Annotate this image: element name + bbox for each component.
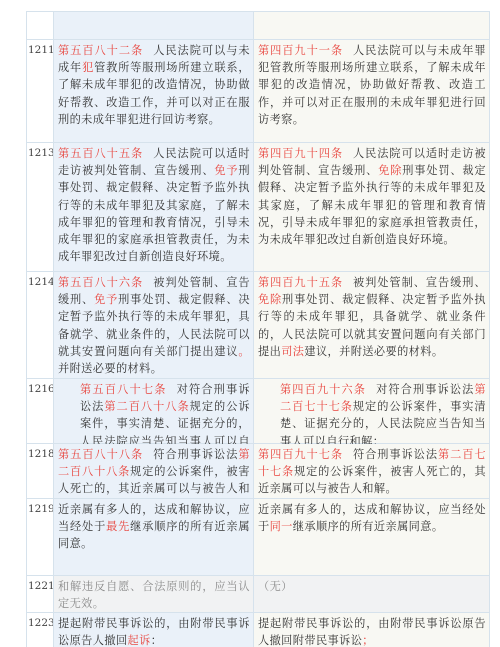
- diff-highlight: 最先: [106, 520, 130, 533]
- table-row: 1221 和解违反自愿、合法原则的，应当认定无效。 （无）: [27, 575, 489, 612]
- new-text-cell: [253, 12, 489, 39]
- text-segment: 对符合刑事诉讼法: [376, 383, 474, 396]
- row-number: 1213: [27, 143, 53, 271]
- table-row: 1223 提起附带民事诉讼的，由附带民事诉讼原告人撤回起诉： 提起附带民事诉讼的…: [27, 612, 489, 647]
- diff-highlight: 第五百八十七条: [80, 383, 167, 396]
- new-text-cell: （无）: [253, 576, 489, 612]
- old-text-cell: 和解违反自愿、合法原则的，应当认定无效。: [53, 576, 253, 612]
- diff-highlight: 起诉: [128, 634, 151, 647]
- old-text-cell: 第五百八十二条人民法院可以与未成年犯管教所等服刑场所建立联系，了解未成年罪犯的改…: [53, 40, 253, 142]
- old-text-cell: 第五百八十七条对符合刑事诉讼法第二百八十八条规定的公诉案件，事实清楚、证据充分的…: [53, 379, 253, 443]
- new-text-cell: 第四百九十六条对符合刑事诉讼法第二百七十七条规定的公诉案件，事实清楚、证据充分的…: [253, 379, 489, 443]
- diff-highlight: 司法: [281, 345, 304, 358]
- text-segment: 并附送必要的材料。: [58, 362, 162, 375]
- diff-highlight: 第四百九十四条: [258, 147, 343, 160]
- old-text-cell: 提起附带民事诉讼的，由附带民事诉讼原告人撤回起诉：: [53, 613, 253, 647]
- row-number: [27, 12, 53, 39]
- header-row: [27, 11, 489, 39]
- diff-highlight: 第五百八十五条: [58, 147, 143, 160]
- text-segment: 符合刑事诉讼法: [153, 448, 238, 461]
- diff-highlight: 第五百八十八条: [58, 448, 143, 461]
- text-segment: 被判处管制、宣告缓刑、: [353, 276, 486, 289]
- table-row: 1214 第五百八十六条被判处管制、宣告缓刑、免予刑事处罚、裁定假释、决定暂予监…: [27, 271, 489, 378]
- diff-highlight: 第四百九十五条: [258, 276, 343, 289]
- diff-highlight: 同一: [270, 520, 293, 533]
- diff-highlight: 免予: [214, 164, 238, 177]
- row-number: 1223: [27, 613, 53, 647]
- text-segment: （无）: [258, 580, 293, 593]
- table-row: 1211 第五百八十二条人民法院可以与未成年犯管教所等服刑场所建立联系，了解未成…: [27, 39, 489, 142]
- diff-highlight: 第五百八十二条: [58, 44, 143, 57]
- comparison-table: 1211 第五百八十二条人民法院可以与未成年犯管教所等服刑场所建立联系，了解未成…: [26, 11, 490, 647]
- diff-highlight: 第四百九十六条: [280, 383, 366, 396]
- text-segment: 刑事处罚、裁定假释、决定暂予监外执行等的未成年罪犯及其家庭，了解未成年罪犯的管理…: [58, 164, 250, 263]
- diff-highlight: 免除: [378, 164, 402, 177]
- old-text-cell: [53, 12, 253, 39]
- diff-highlight: 。: [238, 345, 250, 358]
- diff-highlight: 免除: [258, 293, 282, 306]
- row-number: 1218: [27, 444, 53, 498]
- text-segment: 继承顺序的所有近亲属同意。: [293, 520, 444, 533]
- diff-highlight: 免予: [94, 293, 118, 306]
- text-segment: 和解违反自愿、合法原则的，应当认定无效。: [58, 580, 250, 610]
- new-text-cell: 近亲属有多人的，达成和解协议，应当经处于同一继承顺序的所有近亲属同意。: [253, 499, 489, 575]
- new-text-cell: 第四百九十一条人民法院可以与未成年罪犯管教所等服刑场所建立联系，了解未成年罪犯的…: [253, 40, 489, 142]
- row-number: 1214: [27, 272, 53, 378]
- table-row: 1216 第五百八十七条对符合刑事诉讼法第二百八十八条规定的公诉案件，事实清楚、…: [27, 378, 489, 443]
- new-text-cell: 第四百九十四条人民法院可以适时走访被判处管制、宣告缓刑、免除刑事处罚、裁定假释、…: [253, 143, 489, 271]
- text-segment: ：: [151, 634, 163, 647]
- new-text-cell: 第四百九十五条被判处管制、宣告缓刑、免除刑事处罚、裁定假释、决定暂予监外执行等的…: [253, 272, 489, 378]
- row-number: 1216: [27, 379, 53, 443]
- old-text-cell: 第五百八十六条被判处管制、宣告缓刑、免予刑事处罚、裁定假释、决定暂予监外执行等的…: [53, 272, 253, 378]
- diff-highlight: ；: [362, 634, 374, 647]
- row-number: 1219: [27, 499, 53, 575]
- new-text-cell: 提起附带民事诉讼的，由附带民事诉讼原告人撤回附带民事诉讼；: [253, 613, 489, 647]
- table-row: 1219 近亲属有多人的，达成和解协议，应当经处于最先继承顺序的所有近亲属同意。…: [27, 498, 489, 575]
- diff-highlight: 第五百八十六条: [58, 276, 143, 289]
- old-text-cell: 第五百八十五条人民法院可以适时走访被判处管制、宣告缓刑、免予刑事处罚、裁定假释、…: [53, 143, 253, 271]
- new-text-cell: 第四百九十七条符合刑事诉讼法第二百七十七条规定的公诉案件，被害人死亡的，其近亲属…: [253, 444, 489, 498]
- diff-highlight: 第四百九十一条: [258, 44, 343, 57]
- old-text-cell: 第五百八十八条符合刑事诉讼法第二百八十八条规定的公诉案件，被害人死亡的，其近亲属…: [53, 444, 253, 498]
- diff-highlight: 第四百九十七条: [258, 448, 343, 461]
- diff-highlight: 第二百八十八条: [104, 400, 189, 413]
- text-segment: 符合刑事诉讼法: [353, 448, 438, 461]
- row-number: 1211: [27, 40, 53, 142]
- old-text-cell: 近亲属有多人的，达成和解协议，应当经处于最先继承顺序的所有近亲属同意。: [53, 499, 253, 575]
- table-row: 1218 第五百八十八条符合刑事诉讼法第二百八十八条规定的公诉案件，被害人死亡的…: [27, 443, 489, 498]
- diff-highlight: 犯: [82, 61, 94, 74]
- table-row: 1213 第五百八十五条人民法院可以适时走访被判处管制、宣告缓刑、免予刑事处罚、…: [27, 142, 489, 271]
- text-segment: 建议，并附送必要的材料。: [304, 345, 443, 358]
- row-number: 1221: [27, 576, 53, 612]
